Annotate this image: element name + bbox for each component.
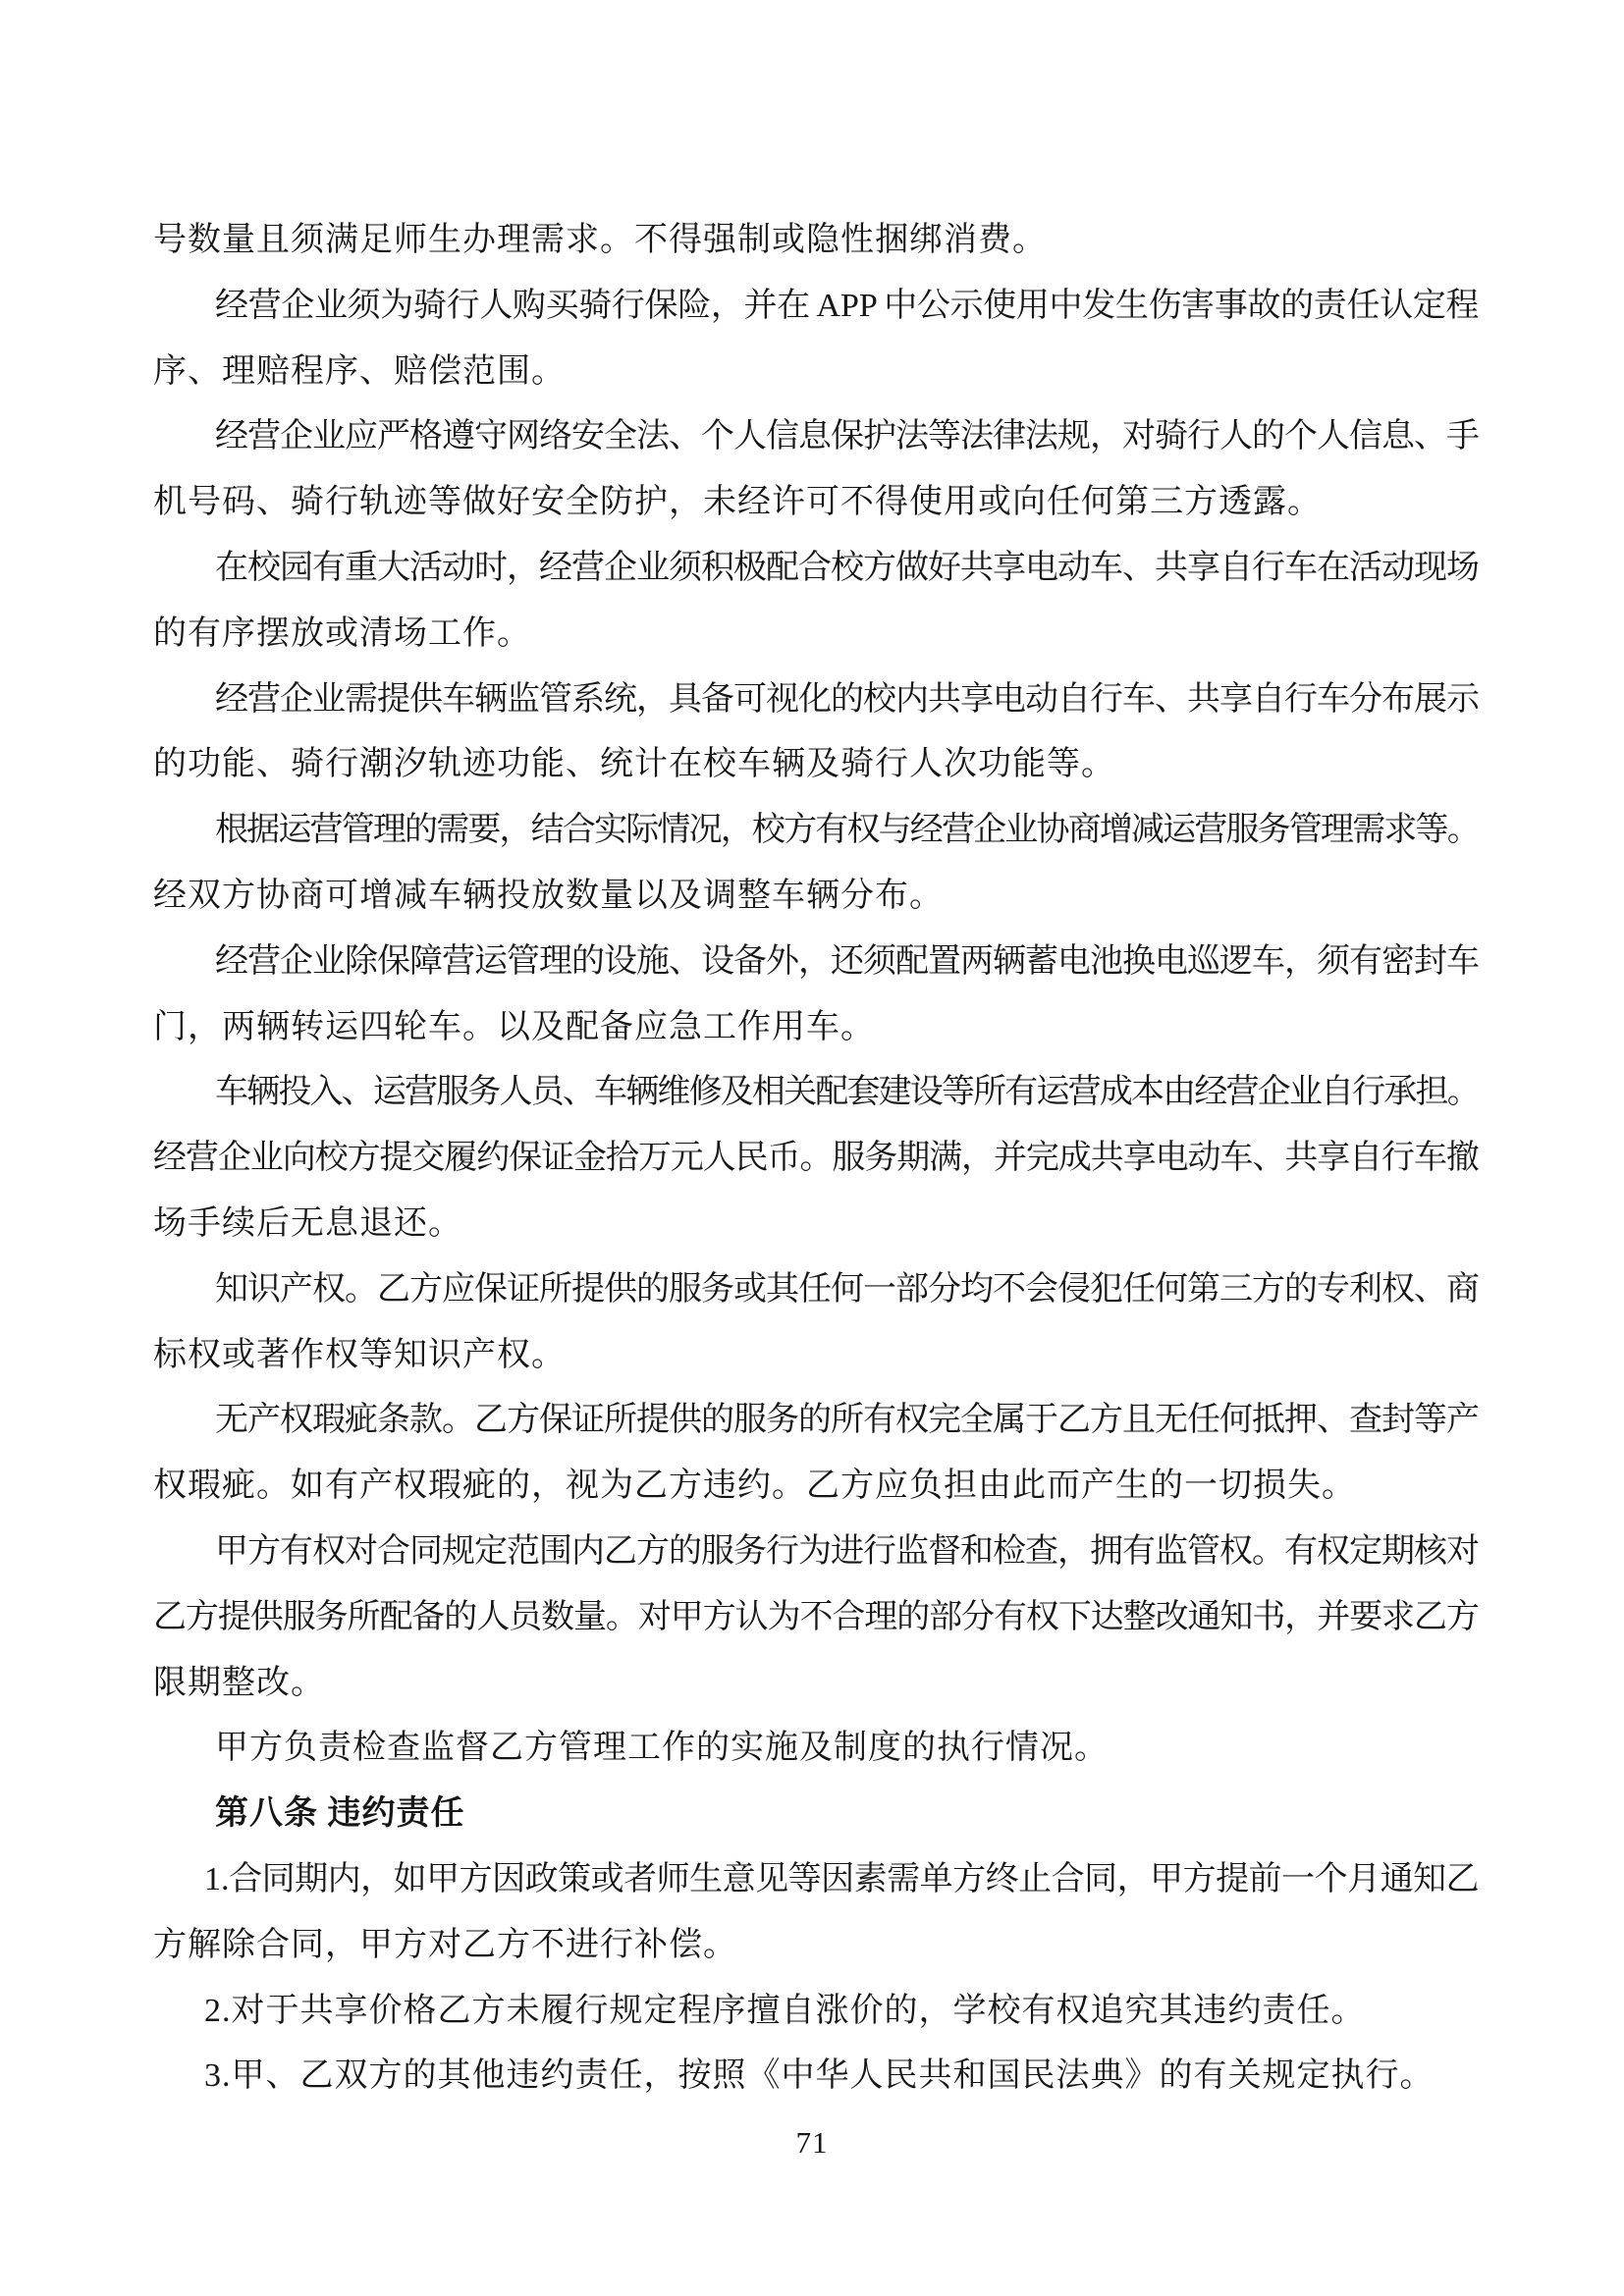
- text-line: 经营企业向校方提交履约保证金拾万元人民币。服务期满，并完成共享电动车、共享自行车…: [153, 1126, 1479, 1192]
- text-line: 3.甲、乙双方的其他违约责任，按照《中华人民共和国民法典》的有关规定执行。: [153, 2044, 1479, 2109]
- text-line: 2.对于共享价格乙方未履行规定程序擅自涨价的，学校有权追究其违约责任。: [153, 1979, 1479, 2045]
- text-line: 在校园有重大活动时，经营企业须积极配合校方做好共享电动车、共享自行车在活动现场: [153, 536, 1479, 602]
- document-body: 号数量且须满足师生办理需求。不得强制或隐性捆绑消费。经营企业须为骑行人购买骑行保…: [153, 208, 1479, 2109]
- text-line: 甲方负责检查监督乙方管理工作的实施及制度的执行情况。: [153, 1716, 1479, 1782]
- text-line: 根据运营管理的需要，结合实际情况，校方有权与经营企业协商增减运营服务管理需求等。: [153, 798, 1479, 864]
- text-line: 经营企业须为骑行人购买骑行保险，并在 APP 中公示使用中发生伤害事故的责任认定…: [153, 274, 1479, 340]
- text-line: 号数量且须满足师生办理需求。不得强制或隐性捆绑消费。: [153, 208, 1479, 274]
- text-line: 无产权瑕疵条款。乙方保证所提供的服务的所有权完全属于乙方且无任何抵押、查封等产: [153, 1388, 1479, 1454]
- text-line: 方解除合同，甲方对乙方不进行补偿。: [153, 1913, 1479, 1979]
- text-line: 车辆投入、运营服务人员、车辆维修及相关配套建设等所有运营成本由经营企业自行承担。: [153, 1060, 1479, 1126]
- text-line: 1.合同期内，如甲方因政策或者师生意见等因素需单方终止合同，甲方提前一个月通知乙: [153, 1847, 1479, 1913]
- section-heading-line: 第八条 违约责任: [153, 1782, 1479, 1847]
- text-line: 经营企业需提供车辆监管系统，具备可视化的校内共享电动自行车、共享自行车分布展示: [153, 667, 1479, 733]
- page-number: 71: [0, 2123, 1624, 2163]
- text-line: 机号码、骑行轨迹等做好安全防护，未经许可不得使用或向任何第三方透露。: [153, 470, 1479, 536]
- text-line: 经双方协商可增减车辆投放数量以及调整车辆分布。: [153, 864, 1479, 930]
- text-line: 门，两辆转运四轮车。以及配备应急工作用车。: [153, 995, 1479, 1061]
- text-line: 权瑕疵。如有产权瑕疵的，视为乙方违约。乙方应负担由此而产生的一切损失。: [153, 1454, 1479, 1520]
- text-line: 限期整改。: [153, 1651, 1479, 1717]
- text-line: 的功能、骑行潮汐轨迹功能、统计在校车辆及骑行人次功能等。: [153, 732, 1479, 798]
- text-line: 经营企业除保障营运管理的设施、设备外，还须配置两辆蓄电池换电巡逻车，须有密封车: [153, 930, 1479, 995]
- text-line: 知识产权。乙方应保证所提供的服务或其任何一部分均不会侵犯任何第三方的专利权、商: [153, 1257, 1479, 1323]
- text-line: 甲方有权对合同规定范围内乙方的服务行为进行监督和检查，拥有监管权。有权定期核对: [153, 1520, 1479, 1585]
- text-line: 场手续后无息退还。: [153, 1192, 1479, 1257]
- text-line: 标权或著作权等知识产权。: [153, 1323, 1479, 1389]
- text-line: 序、理赔程序、赔偿范围。: [153, 340, 1479, 405]
- text-line: 经营企业应严格遵守网络安全法、个人信息保护法等法律法规，对骑行人的个人信息、手: [153, 404, 1479, 470]
- text-line: 乙方提供服务所配备的人员数量。对甲方认为不合理的部分有权下达整改通知书，并要求乙…: [153, 1585, 1479, 1651]
- text-line: 的有序摆放或清场工作。: [153, 602, 1479, 667]
- document-page: 号数量且须满足师生办理需求。不得强制或隐性捆绑消费。经营企业须为骑行人购买骑行保…: [0, 0, 1624, 2296]
